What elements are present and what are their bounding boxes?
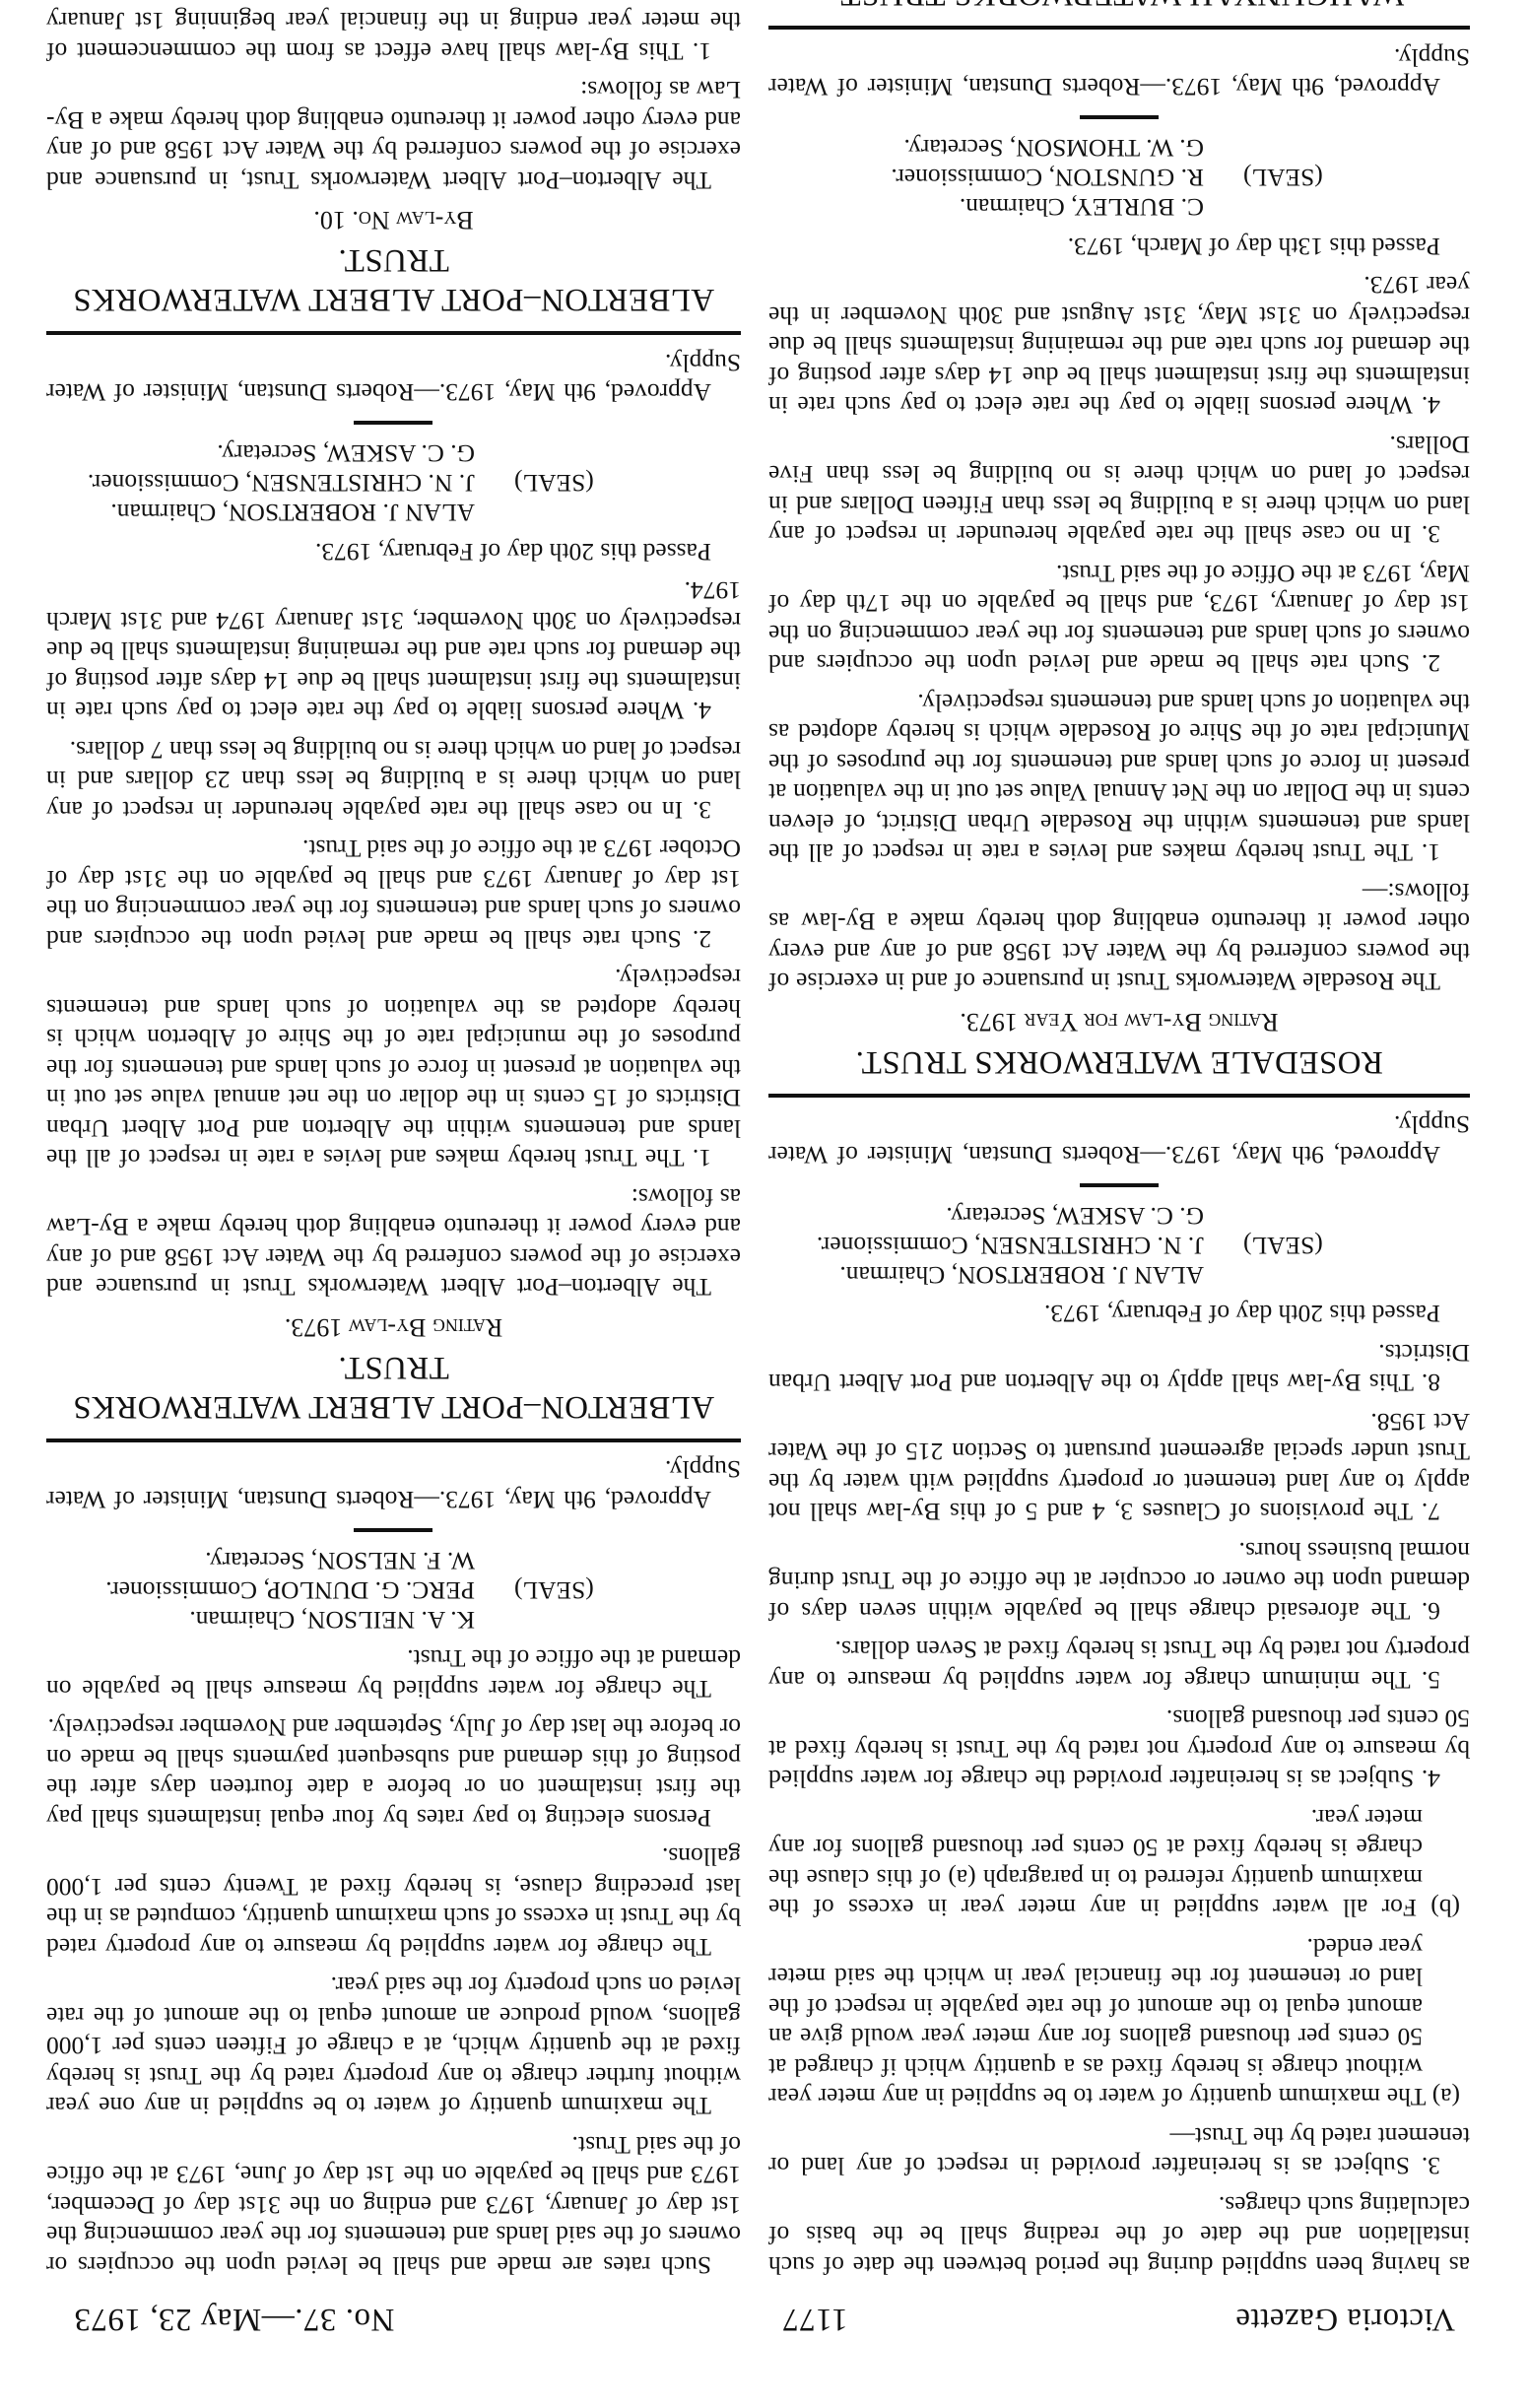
section-title: ALBERTON–PORT ALBERT WATERWORKS TRUST.: [46, 241, 741, 320]
rosedale-continuation-text: as having been supplied during the perio…: [768, 2190, 1470, 2281]
section-rule: [768, 1094, 1470, 1098]
divider: [1080, 116, 1159, 120]
signatory: C. BURLEY, Chairman.: [768, 193, 1204, 223]
preamble: The Alberton–Port Albert Waterworks Trus…: [46, 75, 741, 195]
clause-1: 1. The Trust hereby makes and levies a r…: [768, 688, 1470, 868]
section-subtitle: Rating By-law for Year 1973.: [768, 1007, 1470, 1037]
section-rule: [46, 1438, 741, 1442]
signatory: J. N. CHRISTENSEN, Commissioner.: [768, 1231, 1204, 1260]
section-title: ROSEDALE WATERWORKS TRUST.: [768, 1042, 1470, 1082]
divider: [1080, 1183, 1159, 1187]
section-subtitle: Rating By-law 1973.: [46, 1312, 741, 1343]
seal-label: (SEAL): [475, 1546, 741, 1635]
passed-date: Passed this 20th day of February, 1973.: [46, 537, 741, 568]
signatory: J. N. CHRISTENSEN, Commissioner.: [46, 469, 475, 499]
preamble: The Alberton–Port Albert Waterworks Trus…: [46, 1182, 741, 1303]
passed-date: Passed this 20th day of February, 1973.: [768, 1299, 1470, 1329]
issue-date: No. 37.—May 23, 1973: [74, 2302, 394, 2338]
column-left: as having been supplied during the perio…: [768, 0, 1470, 2280]
max-quantity-paragraph: The maximum quantity of water to be supp…: [46, 1971, 741, 2121]
section-subtitle: By-law No. 10.: [46, 205, 741, 235]
section-title: ALBERTON–PORT ALBERT WATERWORKS TRUST.: [46, 1348, 741, 1427]
signatory: R. GUNSTON, Commissioner.: [768, 164, 1204, 193]
clause-3: 3. In no case shall the rate payable her…: [768, 430, 1470, 550]
signature-block: (SEAL) ALAN J. ROBERTSON, Chairman. J. N…: [46, 439, 741, 528]
signatory: G. C. ASKEW, Secretary.: [46, 439, 475, 469]
approval-note: Approved, 9th May, 1973.—Roberts Dunstan…: [46, 1454, 741, 1514]
signatory: G. W. THOMSON, Secretary.: [768, 134, 1204, 164]
approval-note: Approved, 9th May, 1973.—Roberts Dunstan…: [768, 1109, 1470, 1170]
preamble: The Rosedale Waterworks Trust in pursuan…: [768, 877, 1470, 997]
signatory: W. F. NELSON, Secretary.: [46, 1546, 475, 1575]
clause-4: 4. Subject as is hereinafter provided th…: [768, 1704, 1470, 1794]
signatory: K. A. NEILSON, Chairman.: [46, 1605, 475, 1635]
clause-1: 1. The Trust hereby makes and levies a r…: [46, 963, 741, 1173]
clause-3b: (b) For all water supplied in any meter …: [768, 1803, 1423, 1923]
excess-charge-paragraph: The charge for water supplied by measure…: [46, 1841, 741, 1962]
signature-block: (SEAL) ALAN J. ROBERTSON, Chairman. J. N…: [768, 1201, 1470, 1290]
seal-label: (SEAL): [475, 439, 741, 528]
clause-6: 6. The aforesaid charge shall be payable…: [768, 1536, 1470, 1627]
signatory: ALAN J. ROBERTSON, Chairman.: [768, 1260, 1204, 1290]
signature-block: (SEAL) K. A. NEILSON, Chairman. PERC. G.…: [46, 1546, 741, 1635]
clause-8: 8. This By-law shall apply to the Albert…: [768, 1338, 1470, 1398]
seal-label: (SEAL): [1204, 134, 1470, 223]
publication-title: Victoria Gazette: [1235, 2302, 1455, 2338]
gazette-page: Victoria Gazette 1177 No. 37.—May 23, 19…: [0, 0, 1529, 2408]
clause-3: 3. Subject as is hereinafter provided in…: [768, 2121, 1470, 2181]
section-rule: [768, 27, 1470, 31]
clause-2: 2. Such rate shall be made and levied up…: [768, 559, 1470, 679]
rates-paragraph: Such rates are made and shall be levied …: [46, 2130, 741, 2281]
running-head: Victoria Gazette 1177 No. 37.—May 23, 19…: [74, 2295, 1455, 2344]
section-title: WAHGUNYAH WATERWORKS TRUST.: [768, 0, 1470, 15]
clause-5: 5. The minimum charge for water supplied…: [768, 1635, 1470, 1695]
page-number: 1177: [782, 2302, 848, 2338]
clause-4: 4. Where persons liable to pay the rate …: [768, 270, 1470, 421]
clause-7: 7. The provisions of Clauses 3, 4 and 5 …: [768, 1407, 1470, 1527]
clause-4: 4. Where persons liable to pay the rate …: [46, 575, 741, 726]
clause-3: 3. In no case shall the rate payable her…: [46, 735, 741, 826]
signature-block: (SEAL) C. BURLEY, Chairman. R. GUNSTON, …: [768, 134, 1470, 223]
approval-note: Approved, 9th May, 1973.—Roberts Dunstan…: [768, 42, 1470, 102]
divider: [355, 422, 433, 426]
signatory: PERC. G. DUNLOP, Commissioner.: [46, 1575, 475, 1605]
measure-charge-paragraph: The charge for water supplied by measure…: [46, 1643, 741, 1704]
signatory: ALAN J. ROBERTSON, Chairman.: [46, 499, 475, 528]
signatory: G. C. ASKEW, Secretary.: [768, 1201, 1204, 1231]
seal-label: (SEAL): [1204, 1201, 1470, 1290]
approval-note: Approved, 9th May, 1973.—Roberts Dunstan…: [46, 348, 741, 408]
column-right: Such rates are made and shall be levied …: [46, 0, 741, 2280]
clause-3a: (a) The maximum quantity of water to be …: [768, 1932, 1423, 2112]
instalments-paragraph: Persons electing to pay rates by four eq…: [46, 1712, 741, 1833]
passed-date: Passed this 13th day of March, 1973.: [768, 232, 1470, 262]
clause-1: 1. This By-law shall have effect as from…: [46, 0, 741, 66]
clause-2: 2. Such rate shall be made and levied up…: [46, 834, 741, 954]
divider: [355, 1528, 433, 1532]
section-rule: [46, 332, 741, 336]
